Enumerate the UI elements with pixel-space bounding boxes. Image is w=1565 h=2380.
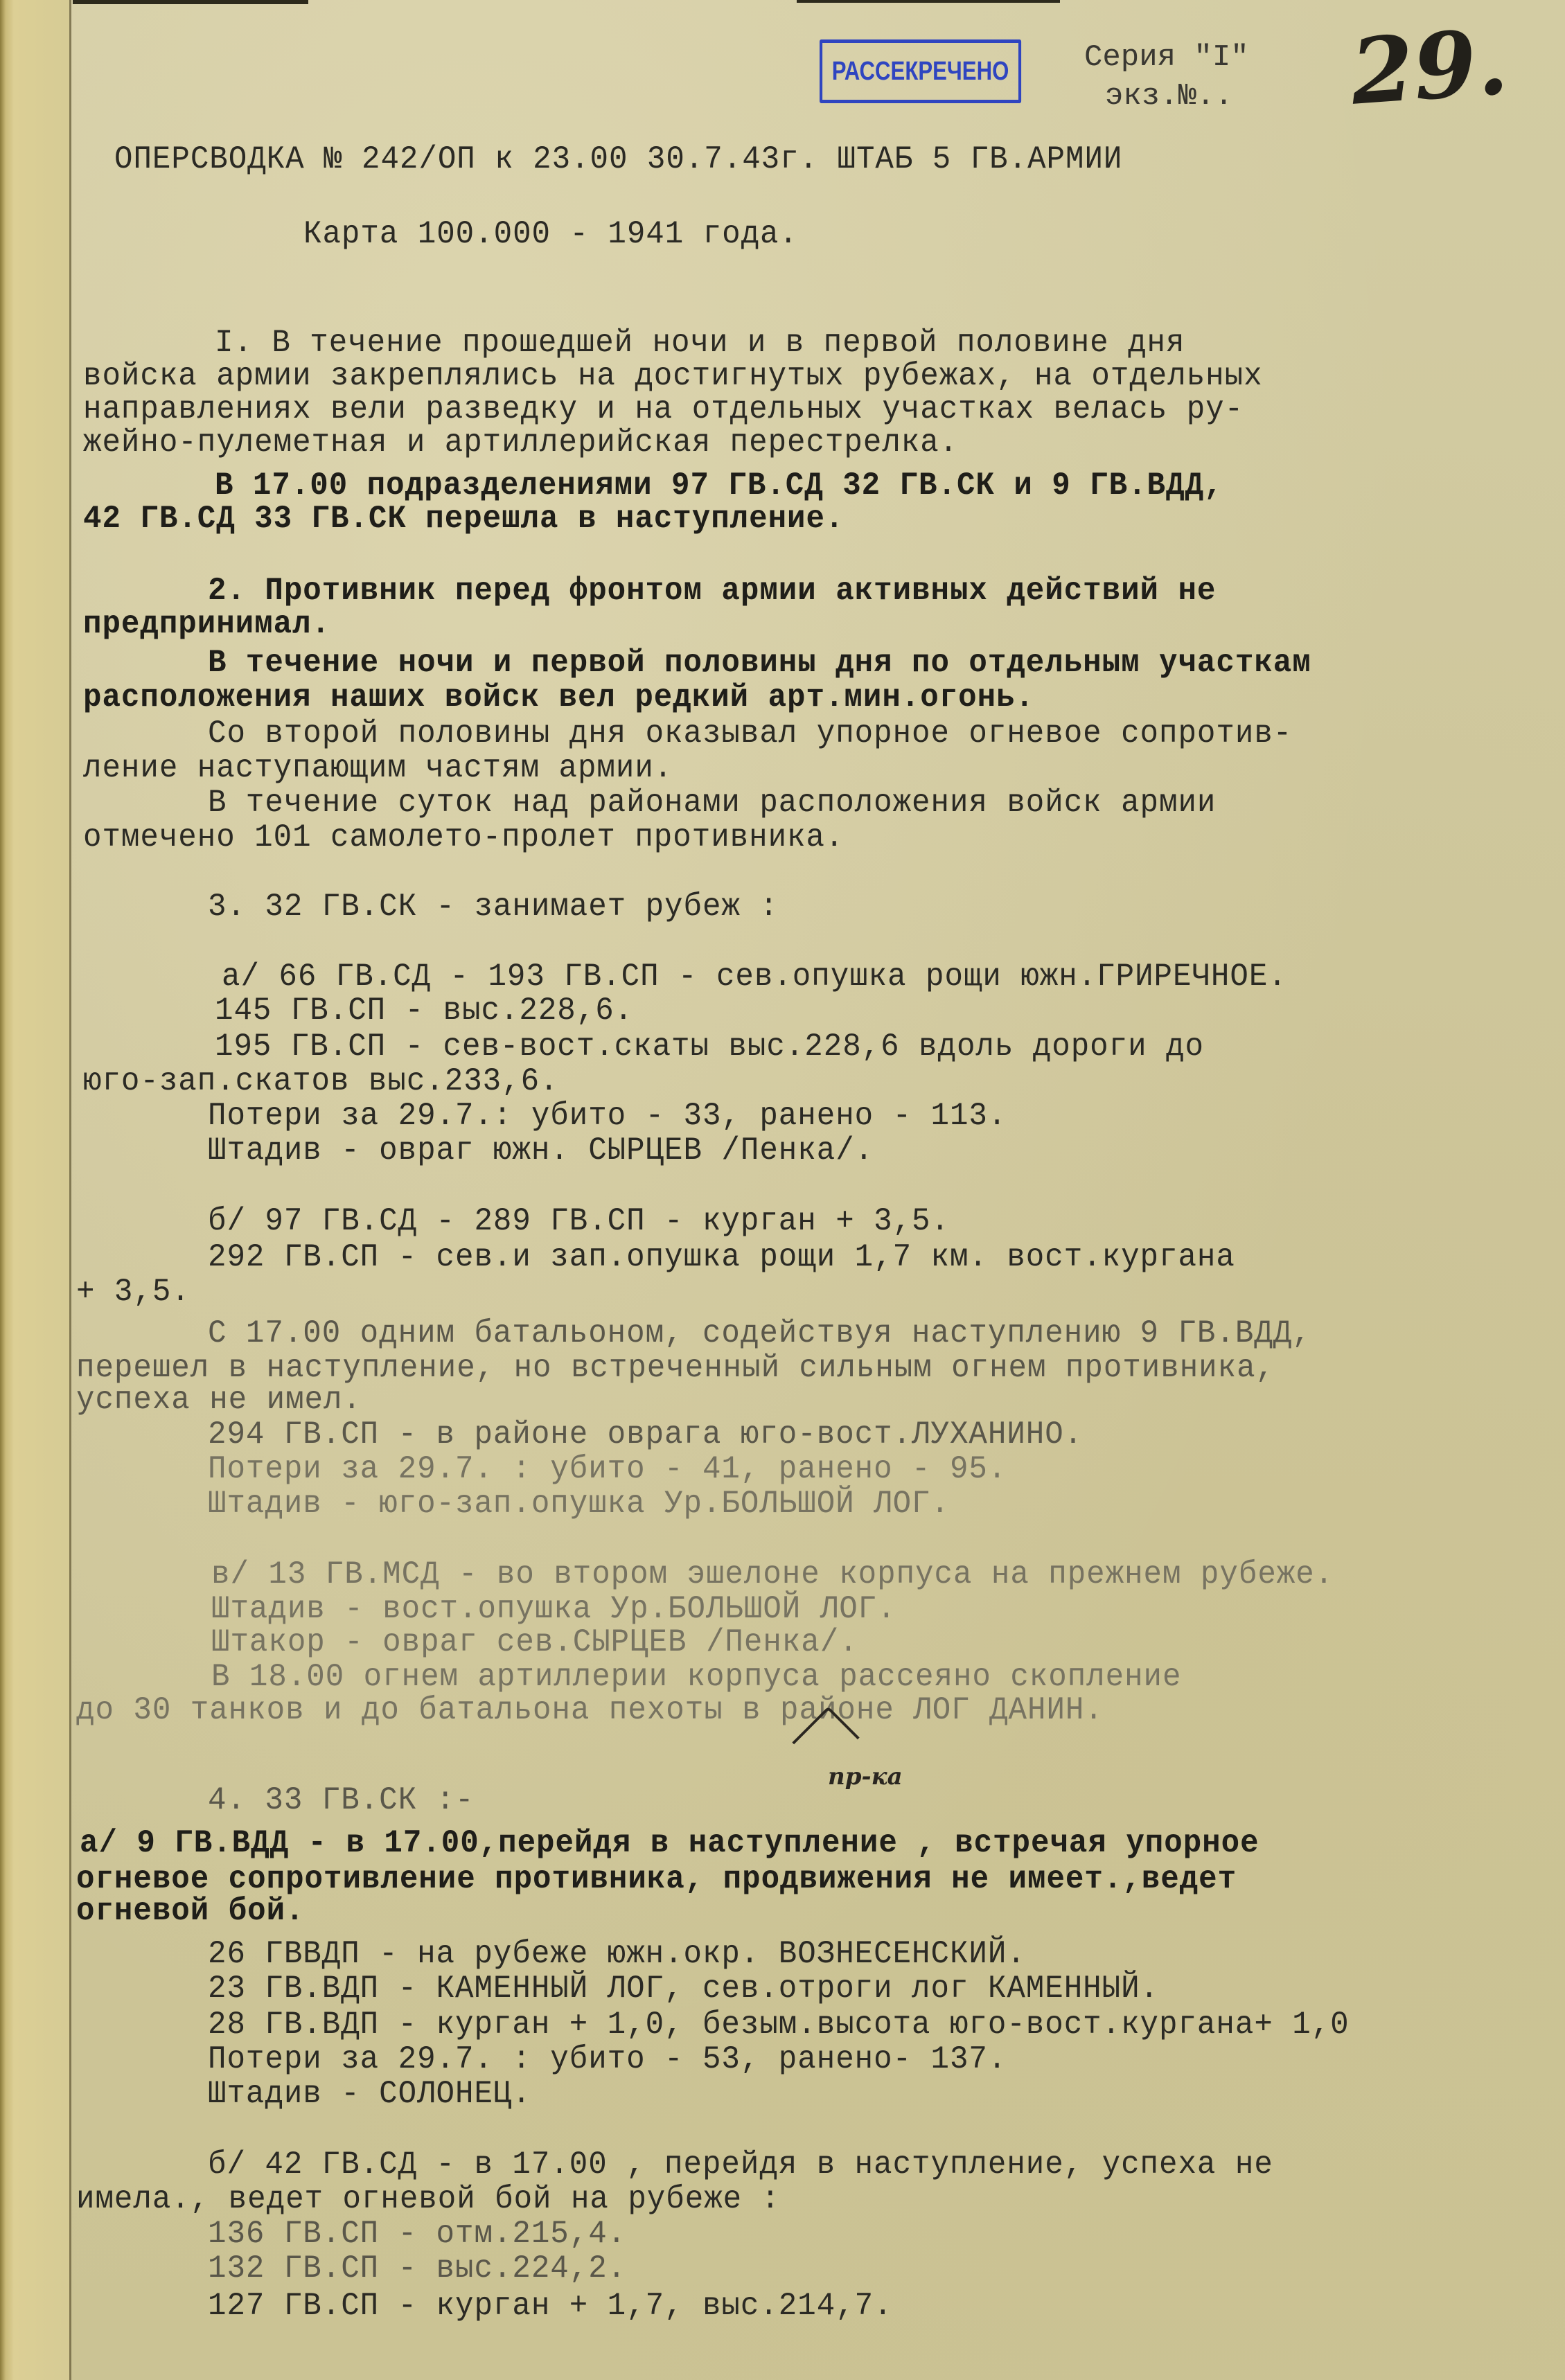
section3-heading: 3. 32 ГВ.СК - занимает рубеж :: [208, 889, 779, 924]
section4-b-line: 136 ГВ.СП - отм.215,4.: [208, 2217, 626, 2251]
section3-a-line: юго-зап.скатов выс.233,6.: [83, 1064, 559, 1099]
section3-a-line: а/ 66 ГВ.СД - 193 ГВ.СП - сев.опушка рощ…: [222, 959, 1287, 994]
series-label: Серия "I": [1084, 40, 1249, 75]
section4-a-line: Потери за 29.7. : убито - 53, ранено- 13…: [208, 2042, 1007, 2077]
section4-a-line: а/ 9 ГВ.ВДД - в 17.00,перейдя в наступле…: [80, 1826, 1259, 1861]
handwritten-insert: пр-ка: [828, 1763, 903, 1791]
document-title: ОПЕРСВОДКА № 242/ОП к 23.00 30.7.43г. ШТ…: [114, 142, 1122, 177]
top-edge-shadow: [797, 0, 1060, 3]
section1-line: В 17.00 подразделениями 97 ГВ.СД 32 ГВ.С…: [215, 468, 1223, 503]
section2-line: В течение суток над районами расположени…: [208, 785, 1216, 820]
section2-line: предпринимал.: [83, 607, 330, 641]
stamp-text: РАССЕКРЕЧЕНО: [832, 57, 1009, 87]
section4-a-line: огневой бой.: [76, 1894, 305, 1928]
section4-a-line: Штадив - СОЛОНЕЦ.: [208, 2077, 531, 2111]
section1-line: жейно-пулеметная и артиллерийская перест…: [83, 425, 958, 460]
section2-line: ление наступающим частям армии.: [83, 751, 673, 785]
section3-b-line: + 3,5.: [76, 1275, 191, 1309]
section3-a-line: 145 ГВ.СП - выс.228,6.: [215, 993, 633, 1028]
section4-b-line: б/ 42 ГВ.СД - в 17.00 , перейдя в наступ…: [208, 2147, 1273, 2182]
section3-a-line: Потери за 29.7.: убито - 33, ранено - 11…: [208, 1099, 1007, 1133]
section3-b-line: 292 ГВ.СП - сев.и зап.опушка рощи 1,7 км…: [208, 1240, 1235, 1275]
section3-b-line: б/ 97 ГВ.СД - 289 ГВ.СП - курган + 3,5.: [208, 1204, 950, 1238]
section3-a-line: 195 ГВ.СП - сев-вост.скаты выс.228,6 вдо…: [215, 1029, 1204, 1064]
section4-a-line: огневое сопротивление противника, продви…: [76, 1862, 1237, 1897]
section3-b-line: Штадив - юго-зап.опушка Ур.БОЛЬШОЙ ЛОГ.: [208, 1486, 950, 1521]
section4-a-line: 26 ГВВДП - на рубеже южн.окр. ВОЗНЕСЕНСК…: [208, 1937, 1026, 1971]
top-edge-shadow: [73, 0, 308, 4]
section3-c-line: Штакор - овраг сев.СЫРЦЕВ /Пенка/.: [211, 1625, 858, 1660]
section3-b-line: С 17.00 одним батальоном, содействуя нас…: [208, 1316, 1311, 1351]
section2-line: 2. Противник перед фронтом армии активны…: [208, 574, 1216, 608]
section1-line: направлениях вели разведку и на отдельны…: [83, 392, 1244, 427]
declassified-stamp: РАССЕКРЕЧЕНО: [820, 39, 1021, 103]
map-reference: Карта 100.000 - 1941 года.: [303, 217, 798, 251]
section2-line: Со второй половины дня оказывал упорное …: [208, 716, 1292, 751]
section4-b-line: имела., ведет огневой бой на рубеже :: [76, 2182, 780, 2217]
section1-line: I. В течение прошедшей ночи и в первой п…: [215, 326, 1185, 360]
section4-a-line: 28 ГВ.ВДП - курган + 1,0, безым.высота ю…: [208, 2007, 1350, 2042]
section3-a-line: Штадив - овраг южн. СЫРЦЕВ /Пенка/.: [208, 1133, 874, 1168]
section3-b-line: 294 ГВ.СП - в районе оврага юго-вост.ЛУХ…: [208, 1417, 1083, 1452]
page-number: 29.: [1347, 8, 1511, 125]
section4-b-line: 132 ГВ.СП - выс.224,2.: [208, 2251, 626, 2286]
section3-c-line: до 30 танков и до батальона пехоты в рай…: [76, 1693, 1104, 1728]
section3-b-line: перешел в наступление, но встреченный си…: [76, 1351, 1275, 1385]
section1-line: войска армии закреплялись на достигнутых…: [83, 359, 1263, 393]
section2-line: В течение ночи и первой половины дня по …: [208, 646, 1311, 680]
section2-line: отмечено 101 самолето-пролет противника.: [83, 820, 844, 855]
copy-number: экз.№..: [1084, 77, 1249, 116]
section4-b-line: 127 ГВ.СП - курган + 1,7, выс.214,7.: [208, 2289, 893, 2323]
section1-line: 42 ГВ.СД 33 ГВ.СК перешла в наступление.: [83, 501, 844, 536]
section2-line: расположения наших войск вел редкий арт.…: [83, 680, 1034, 715]
section3-b-line: успеха не имел.: [76, 1383, 362, 1417]
section3-c-line: Штадив - вост.опушка Ур.БОЛЬШОЙ ЛОГ.: [211, 1592, 896, 1626]
section3-c-line: в/ 13 ГВ.МСД - во втором эшелоне корпуса…: [211, 1557, 1334, 1592]
fold-line: [69, 0, 71, 2380]
section4-heading: 4. 33 ГВ.СК :-: [208, 1783, 474, 1818]
left-margin-strip: [0, 0, 69, 2380]
section4-a-line: 23 ГВ.ВДП - КАМЕННЫЙ ЛОГ, сев.отроги лог…: [208, 1971, 1159, 2006]
series-block: Серия "I" экз.№..: [1084, 38, 1249, 116]
section3-c-line: В 18.00 огнем артиллерии корпуса рассеян…: [211, 1660, 1181, 1694]
section3-b-line: Потери за 29.7. : убито - 41, ранено - 9…: [208, 1452, 1007, 1486]
